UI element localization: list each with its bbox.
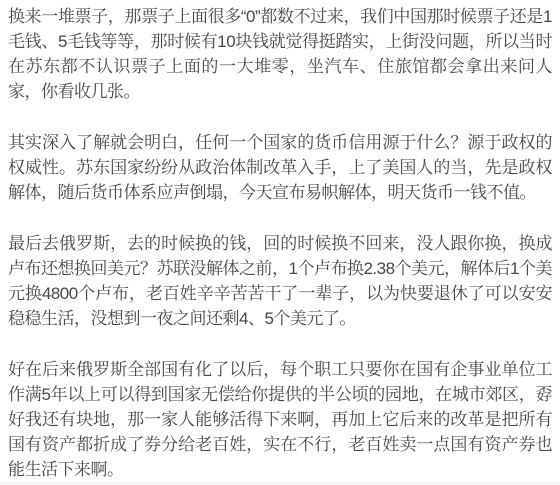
article-body: 换来一堆票子，那票子上面很多“0”都数不过来，我们中国那时候票子还是1毛钱、5毛… <box>0 0 560 482</box>
article-paragraph-1: 换来一堆票子，那票子上面很多“0”都数不过来，我们中国那时候票子还是1毛钱、5毛… <box>8 4 552 104</box>
article-paragraph-3: 最后去俄罗斯，去的时候换的钱，回的时候换不回来，没人跟你换，换成卢布还想换回美元… <box>8 231 552 331</box>
article-paragraph-2: 其实深入了解就会明白，任何一个国家的货币信用源于什么？源于政权的权威性。苏东国家… <box>8 130 552 205</box>
article-paragraph-4: 好在后来俄罗斯全部国有化了以后，每个职工只要你在国有企事业单位工作满5年以上可以… <box>8 357 552 482</box>
